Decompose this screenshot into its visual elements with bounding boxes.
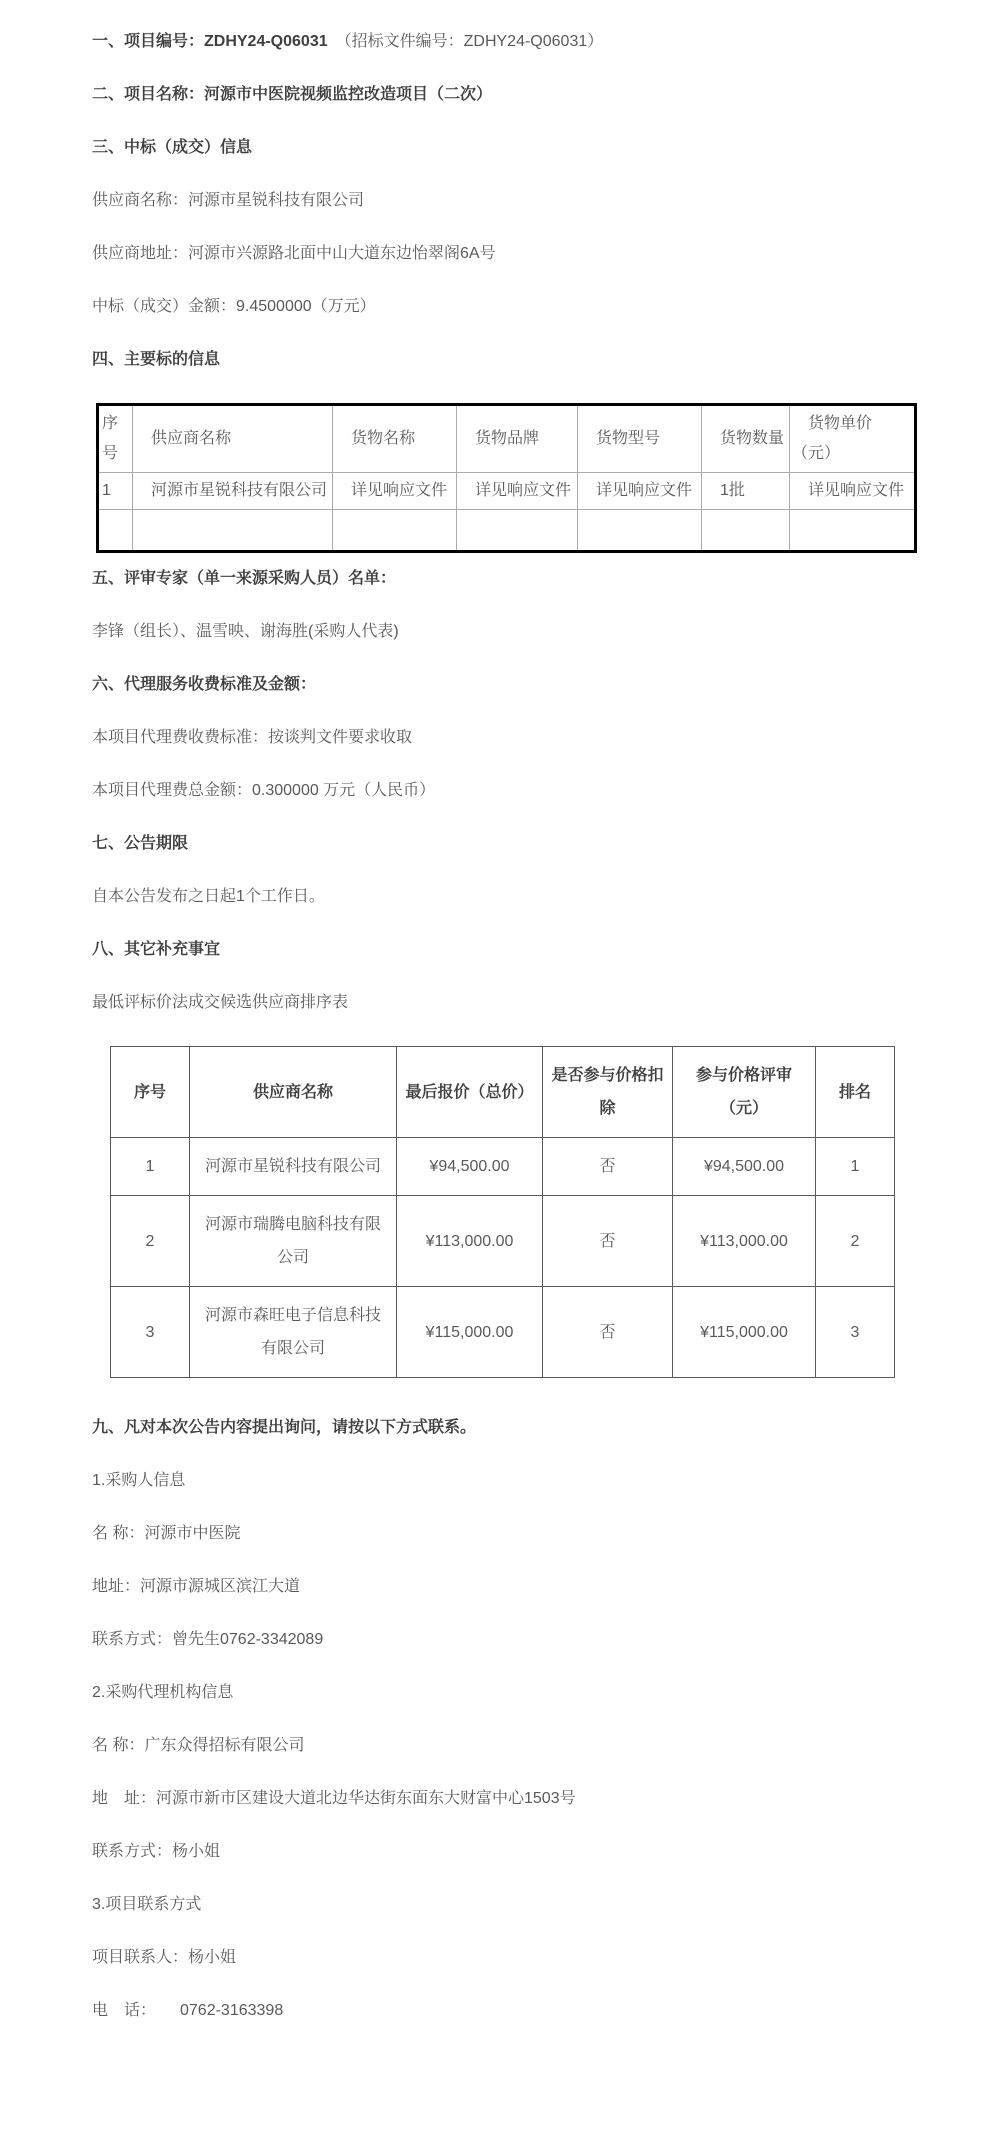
section-8-heading: 八、其它补充事宜 xyxy=(92,940,922,960)
table-row-empty xyxy=(98,510,916,552)
table-cell: 2 xyxy=(816,1196,895,1287)
table-cell: 详见响应文件 xyxy=(578,473,702,510)
table-cell xyxy=(578,510,702,552)
table-cell: ¥113,000.00 xyxy=(673,1196,816,1287)
table-cell: 河源市森旺电子信息科技有限公司 xyxy=(190,1287,397,1378)
table-cell: 1 xyxy=(816,1138,895,1196)
table-cell: 否 xyxy=(543,1287,673,1378)
purchaser-name-line: 名 称：河源市中医院 xyxy=(92,1524,922,1544)
section-7-heading: 七、公告期限 xyxy=(92,834,922,854)
table-cell: 河源市星锐科技有限公司 xyxy=(133,473,333,510)
table-cell xyxy=(133,510,333,552)
supplier-name-line: 供应商名称：河源市星锐科技有限公司 xyxy=(92,191,922,211)
table-cell: 详见响应文件 xyxy=(333,473,457,510)
table-cell: 详见响应文件 xyxy=(457,473,578,510)
supplier-address-line: 供应商地址：河源市兴源路北面中山大道东边怡翠阁6A号 xyxy=(92,244,922,264)
purchaser-info-title: 1.采购人信息 xyxy=(92,1471,922,1491)
table-cell xyxy=(702,510,790,552)
tender-doc-number-note: （招标文件编号：ZDHY24-Q06031） xyxy=(336,33,604,50)
experts-line: 李锋（组长）、温雪映、谢海胜(采购人代表) xyxy=(92,622,922,642)
ranking-table: 序号 供应商名称 最后报价（总价） 是否参与价格扣除 参与价格评审（元） 排名 … xyxy=(110,1046,895,1378)
project-contact-person-line: 项目联系人：杨小姐 xyxy=(92,1948,922,1968)
table-row: 1 河源市星锐科技有限公司 详见响应文件 详见响应文件 详见响应文件 1批 详见… xyxy=(98,473,916,510)
main-bid-info-table: 序号 供应商名称 货物名称 货物品牌 货物型号 货物数量 货物单价（元） 1 河… xyxy=(96,403,917,553)
table-cell: 否 xyxy=(543,1196,673,1287)
table-header-cell: 供应商名称 xyxy=(133,405,333,473)
table-cell xyxy=(333,510,457,552)
table-header-cell: 货物型号 xyxy=(578,405,702,473)
table-row: 3 河源市森旺电子信息科技有限公司 ¥115,000.00 否 ¥115,000… xyxy=(111,1287,895,1378)
agency-name-line: 名 称：广东众得招标有限公司 xyxy=(92,1736,922,1756)
table-row: 2 河源市瑞腾电脑科技有限公司 ¥113,000.00 否 ¥113,000.0… xyxy=(111,1196,895,1287)
table-cell: 否 xyxy=(543,1138,673,1196)
table-cell: 详见响应文件 xyxy=(790,473,916,510)
announcement-document: 一、项目编号：ZDHY24-Q06031（招标文件编号：ZDHY24-Q0603… xyxy=(0,0,982,2134)
table-header-cell: 排名 xyxy=(816,1047,895,1138)
agency-contact-line: 联系方式：杨小姐 xyxy=(92,1842,922,1862)
table-cell: 3 xyxy=(816,1287,895,1378)
award-amount-line: 中标（成交）金额：9.4500000（万元） xyxy=(92,297,922,317)
table-cell: 3 xyxy=(111,1287,190,1378)
ranking-table-title: 最低评标价法成交候选供应商排序表 xyxy=(92,993,922,1013)
announcement-period-line: 自本公告发布之日起1个工作日。 xyxy=(92,887,922,907)
table-header-row: 序号 供应商名称 最后报价（总价） 是否参与价格扣除 参与价格评审（元） 排名 xyxy=(111,1047,895,1138)
table-cell: ¥115,000.00 xyxy=(397,1287,543,1378)
table-header-cell: 货物单价（元） xyxy=(790,405,916,473)
table-header-cell: 参与价格评审（元） xyxy=(673,1047,816,1138)
table-cell: ¥113,000.00 xyxy=(397,1196,543,1287)
project-contact-title: 3.项目联系方式 xyxy=(92,1895,922,1915)
section-5-heading: 五、评审专家（单一来源采购人员）名单： xyxy=(92,569,922,589)
purchaser-contact-line: 联系方式：曾先生0762-3342089 xyxy=(92,1630,922,1650)
agency-address-line: 地 址：河源市新市区建设大道北边华达街东面东大财富中心1503号 xyxy=(92,1789,922,1809)
agency-fee-standard-line: 本项目代理费收费标准：按谈判文件要求收取 xyxy=(92,728,922,748)
project-contact-phone-line: 电 话： 0762-3163398 xyxy=(92,2001,922,2021)
project-number-text: 一、项目编号：ZDHY24-Q06031 xyxy=(92,33,328,50)
table-header-cell: 是否参与价格扣除 xyxy=(543,1047,673,1138)
table-header-cell: 供应商名称 xyxy=(190,1047,397,1138)
table-header-cell: 序号 xyxy=(111,1047,190,1138)
table-cell: 1 xyxy=(98,473,133,510)
section-9-heading: 九、凡对本次公告内容提出询问，请按以下方式联系。 xyxy=(92,1418,922,1438)
table-cell: 1 xyxy=(111,1138,190,1196)
table-cell: 2 xyxy=(111,1196,190,1287)
table-cell xyxy=(457,510,578,552)
agency-info-title: 2.采购代理机构信息 xyxy=(92,1683,922,1703)
table-header-cell: 货物品牌 xyxy=(457,405,578,473)
section-1-heading: 一、项目编号：ZDHY24-Q06031（招标文件编号：ZDHY24-Q0603… xyxy=(92,32,922,52)
table-cell xyxy=(98,510,133,552)
table-cell: ¥115,000.00 xyxy=(673,1287,816,1378)
section-3-heading: 三、中标（成交）信息 xyxy=(92,138,922,158)
table-cell: ¥94,500.00 xyxy=(397,1138,543,1196)
purchaser-address-line: 地址：河源市源城区滨江大道 xyxy=(92,1577,922,1597)
table-header-cell: 最后报价（总价） xyxy=(397,1047,543,1138)
table-header-cell: 货物名称 xyxy=(333,405,457,473)
table-header-cell: 货物数量 xyxy=(702,405,790,473)
table-cell: ¥94,500.00 xyxy=(673,1138,816,1196)
table-cell: 河源市瑞腾电脑科技有限公司 xyxy=(190,1196,397,1287)
agency-fee-total-line: 本项目代理费总金额：0.300000 万元（人民币） xyxy=(92,781,922,801)
table-cell xyxy=(790,510,916,552)
table-header-cell: 序号 xyxy=(98,405,133,473)
table-row: 1 河源市星锐科技有限公司 ¥94,500.00 否 ¥94,500.00 1 xyxy=(111,1138,895,1196)
section-2-heading: 二、项目名称：河源市中医院视频监控改造项目（二次） xyxy=(92,85,922,105)
table-header-row: 序号 供应商名称 货物名称 货物品牌 货物型号 货物数量 货物单价（元） xyxy=(98,405,916,473)
section-6-heading: 六、代理服务收费标准及金额： xyxy=(92,675,922,695)
section-4-heading: 四、主要标的信息 xyxy=(92,350,922,370)
table-cell: 河源市星锐科技有限公司 xyxy=(190,1138,397,1196)
table-cell: 1批 xyxy=(702,473,790,510)
